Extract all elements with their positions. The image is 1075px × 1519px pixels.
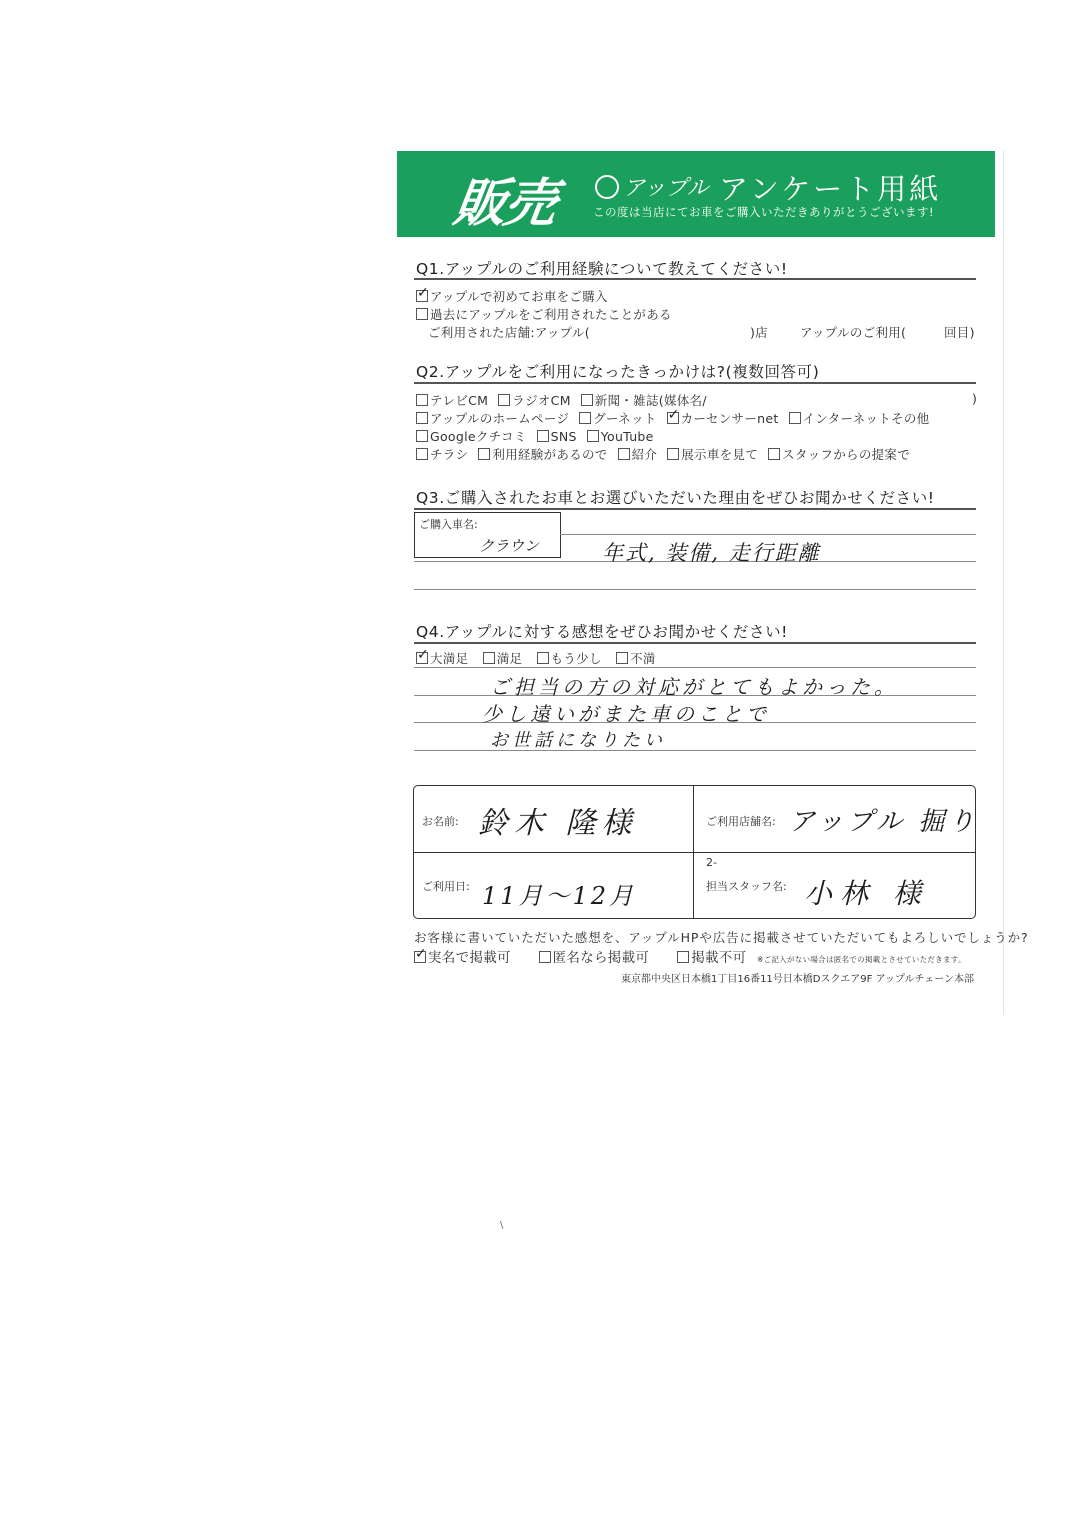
publish-question: お客様に書いていただいた感想を、アップルHPや広告に掲載させていただいてもよろし… [414, 928, 1029, 946]
q3-line-1 [560, 534, 976, 535]
checkbox-icon[interactable] [416, 394, 428, 406]
q2-option[interactable]: チラシ [416, 447, 468, 462]
car-name-box[interactable]: ご購入車名: クラウン [414, 512, 561, 558]
checkbox-icon[interactable] [618, 448, 630, 460]
q1-store-field[interactable]: ご利用された店舗:アップル( [428, 323, 590, 341]
q1-option-past[interactable]: 過去にアップルをご利用されたことがある [416, 305, 672, 323]
q2-option[interactable]: アップルのホームページ [416, 411, 569, 426]
q4-comment-line-3[interactable]: お世話になりたい [490, 726, 666, 752]
checkbox-checked-icon[interactable] [667, 412, 679, 424]
q3-reason[interactable]: 年式, 装備, 走行距離 [602, 537, 821, 567]
checkbox-icon[interactable] [416, 430, 428, 442]
checkbox-icon[interactable] [416, 412, 428, 424]
publish-note: ※ご記入がない場合は匿名での掲載とさせていただきます。 [757, 955, 966, 964]
q2-option[interactable]: インターネットその他 [789, 411, 930, 426]
q2-option[interactable]: 利用経験があるので [478, 447, 607, 462]
checkbox-icon[interactable] [616, 652, 628, 664]
option-label: 紹介 [632, 447, 658, 462]
option-label: Googleクチコミ [430, 429, 527, 444]
q2-rule [414, 382, 976, 384]
visit-date-value[interactable]: 11月〜12月 [482, 876, 636, 911]
brand-name: アップル [623, 176, 709, 201]
q2-row: アップルのホームページグーネットカーセンサーnetインターネットその他 [416, 409, 939, 427]
option-label: 新聞・雑誌(媒体名/ [595, 393, 707, 408]
q4-option-poor[interactable]: 不満 [616, 651, 656, 666]
q2-option[interactable]: Googleクチコミ [416, 429, 527, 444]
footer-address: 東京都中央区日本橋1丁目16番11号日本橋Dスクエア9F アップルチェーン本部 [621, 970, 974, 985]
q2-option[interactable]: 紹介 [618, 447, 658, 462]
checkbox-icon[interactable] [539, 951, 551, 963]
checkbox-icon[interactable] [768, 448, 780, 460]
q1-rule [414, 278, 976, 280]
visit-date-label: ご利用日: [422, 878, 470, 894]
publish-option-none[interactable]: 掲載不可 [677, 950, 746, 966]
checkbox-icon[interactable] [537, 652, 549, 664]
q4-rule [414, 642, 976, 644]
car-name-value: クラウン [479, 535, 539, 556]
apple-logo-icon [595, 175, 619, 199]
store-name-value[interactable]: アップル 掘り [789, 801, 978, 838]
option-label: 匿名なら掲載可 [553, 950, 650, 966]
checkbox-icon[interactable] [537, 430, 549, 442]
checkbox-icon[interactable] [416, 308, 428, 320]
checkbox-icon[interactable] [579, 412, 591, 424]
q2-option[interactable]: スタッフからの提案で [768, 447, 910, 462]
q2-option[interactable]: ラジオCM [498, 393, 571, 408]
checkbox-icon[interactable] [667, 448, 679, 460]
q1-count-field[interactable]: アップルのご利用( [800, 323, 906, 341]
q2-option[interactable]: グーネット [579, 411, 656, 426]
option-label: 利用経験があるので [492, 447, 607, 462]
option-label: 過去にアップルをご利用されたことがある [430, 307, 672, 322]
option-label: 実名で掲載可 [428, 950, 511, 966]
option-label: チラシ [430, 447, 468, 462]
publish-options: 実名で掲載可 匿名なら掲載可 掲載不可 ※ご記入がない場合は匿名での掲載とさせて… [414, 946, 966, 966]
header-banner: 販売 アップル アンケート用紙 この度は当店にてお車をご購入いただきありがとうご… [397, 151, 995, 237]
option-label: 掲載不可 [691, 950, 746, 966]
customer-info-box: お名前: 鈴木 隆様 ご利用店舗名: アップル 掘り ご利用日: 11月〜12月… [413, 785, 976, 919]
checkbox-checked-icon[interactable] [416, 652, 428, 664]
option-label: 不満 [630, 651, 656, 666]
car-name-label: ご購入車名: [419, 516, 478, 532]
name-label: お名前: [422, 813, 459, 829]
q2-option[interactable]: カーセンサーnet [667, 411, 779, 426]
q2-option[interactable]: テレビCM [416, 393, 488, 408]
option-label: カーセンサーnet [681, 411, 779, 426]
q1-store-suffix: )店 [750, 323, 768, 341]
page-edge [1003, 150, 1004, 1015]
q1-heading: Q1.アップルのご利用経験について教えてください! [416, 257, 788, 279]
staff-name-label: 担当スタッフ名: [706, 878, 787, 894]
q4-option-fair[interactable]: もう少し [537, 651, 602, 666]
checkbox-icon[interactable] [498, 394, 510, 406]
q2-option[interactable]: 展示車を見て [667, 447, 758, 462]
option-label: YouTube [601, 429, 654, 444]
option-label: アップルのホームページ [430, 411, 569, 426]
checkbox-icon[interactable] [587, 430, 599, 442]
publish-option-real-name[interactable]: 実名で掲載可 [414, 946, 534, 966]
option-label: アップルで初めてお車をご購入 [430, 289, 608, 304]
publish-option-anonymous[interactable]: 匿名なら掲載可 [539, 946, 673, 966]
checkbox-icon[interactable] [581, 394, 593, 406]
q2-option[interactable]: 新聞・雑誌(媒体名/ [581, 393, 707, 408]
q4-heading: Q4.アップルに対する感想をぜひお聞かせください! [416, 620, 788, 642]
category-label: 販売 [450, 161, 561, 236]
checkbox-icon[interactable] [789, 412, 801, 424]
q4-comment-line-2[interactable]: 少し遠いがまた車のことで [482, 698, 770, 727]
checkbox-icon[interactable] [483, 652, 495, 664]
q2-row: GoogleクチコミSNSYouTube [416, 427, 664, 445]
store-name-label: ご利用店舗名: [706, 813, 776, 829]
checkbox-checked-icon[interactable] [414, 951, 426, 963]
q4-line-1 [414, 667, 976, 668]
q3-heading: Q3.ご購入されたお車とお選びいただいた理由をぜひお聞かせください! [416, 486, 935, 508]
option-label: 満足 [497, 651, 523, 666]
count-prefix: アップルのご利用( [800, 325, 906, 340]
option-label: もう少し [551, 651, 602, 666]
q4-option-great[interactable]: 大満足 [416, 651, 468, 666]
name-value[interactable]: 鈴木 隆様 [478, 798, 638, 842]
option-label: スタッフからの提案で [782, 447, 910, 462]
option-label: グーネット [593, 411, 656, 426]
option-label: 大満足 [430, 651, 468, 666]
q3-line-3 [414, 589, 976, 590]
option-label: テレビCM [430, 393, 488, 408]
form-title: アンケート用紙 [719, 167, 941, 208]
q4-option-good[interactable]: 満足 [483, 651, 523, 666]
q4-comment-line-1[interactable]: ご担当の方の対応がとてもよかった。 [490, 671, 898, 700]
checkbox-icon[interactable] [416, 448, 428, 460]
q2-option[interactable]: SNS [537, 429, 577, 444]
option-label: ラジオCM [512, 393, 571, 408]
staff-name-value[interactable]: 小林 様 [804, 872, 929, 912]
checkbox-checked-icon[interactable] [416, 290, 428, 302]
option-label: インターネットその他 [803, 411, 930, 426]
staff-note: 2- [706, 856, 717, 869]
option-label: SNS [551, 429, 577, 444]
q3-rule [414, 508, 976, 510]
option-label: 展示車を見て [681, 447, 758, 462]
q1-count-suffix: 回目) [944, 323, 975, 341]
q2-media-close: ) [972, 391, 977, 406]
q2-heading: Q2.アップルをご利用になったきっかけは?(複数回答可) [416, 360, 819, 382]
divider [414, 852, 975, 853]
form-subtitle: この度は当店にてお車をご購入いただきありがとうございます! [593, 204, 934, 220]
q4-options: 大満足 満足 もう少し 不満 [416, 649, 666, 667]
q1-option-first[interactable]: アップルで初めてお車をご購入 [416, 287, 608, 305]
q2-option[interactable]: YouTube [587, 429, 654, 444]
checkbox-icon[interactable] [677, 951, 689, 963]
store-prefix: ご利用された店舗:アップル( [428, 325, 590, 340]
scan-mark: \ [500, 1220, 503, 1231]
brand-logo: アップル [595, 171, 709, 202]
checkbox-icon[interactable] [478, 448, 490, 460]
q2-row: チラシ利用経験があるので紹介展示車を見てスタッフからの提案で [416, 445, 920, 463]
